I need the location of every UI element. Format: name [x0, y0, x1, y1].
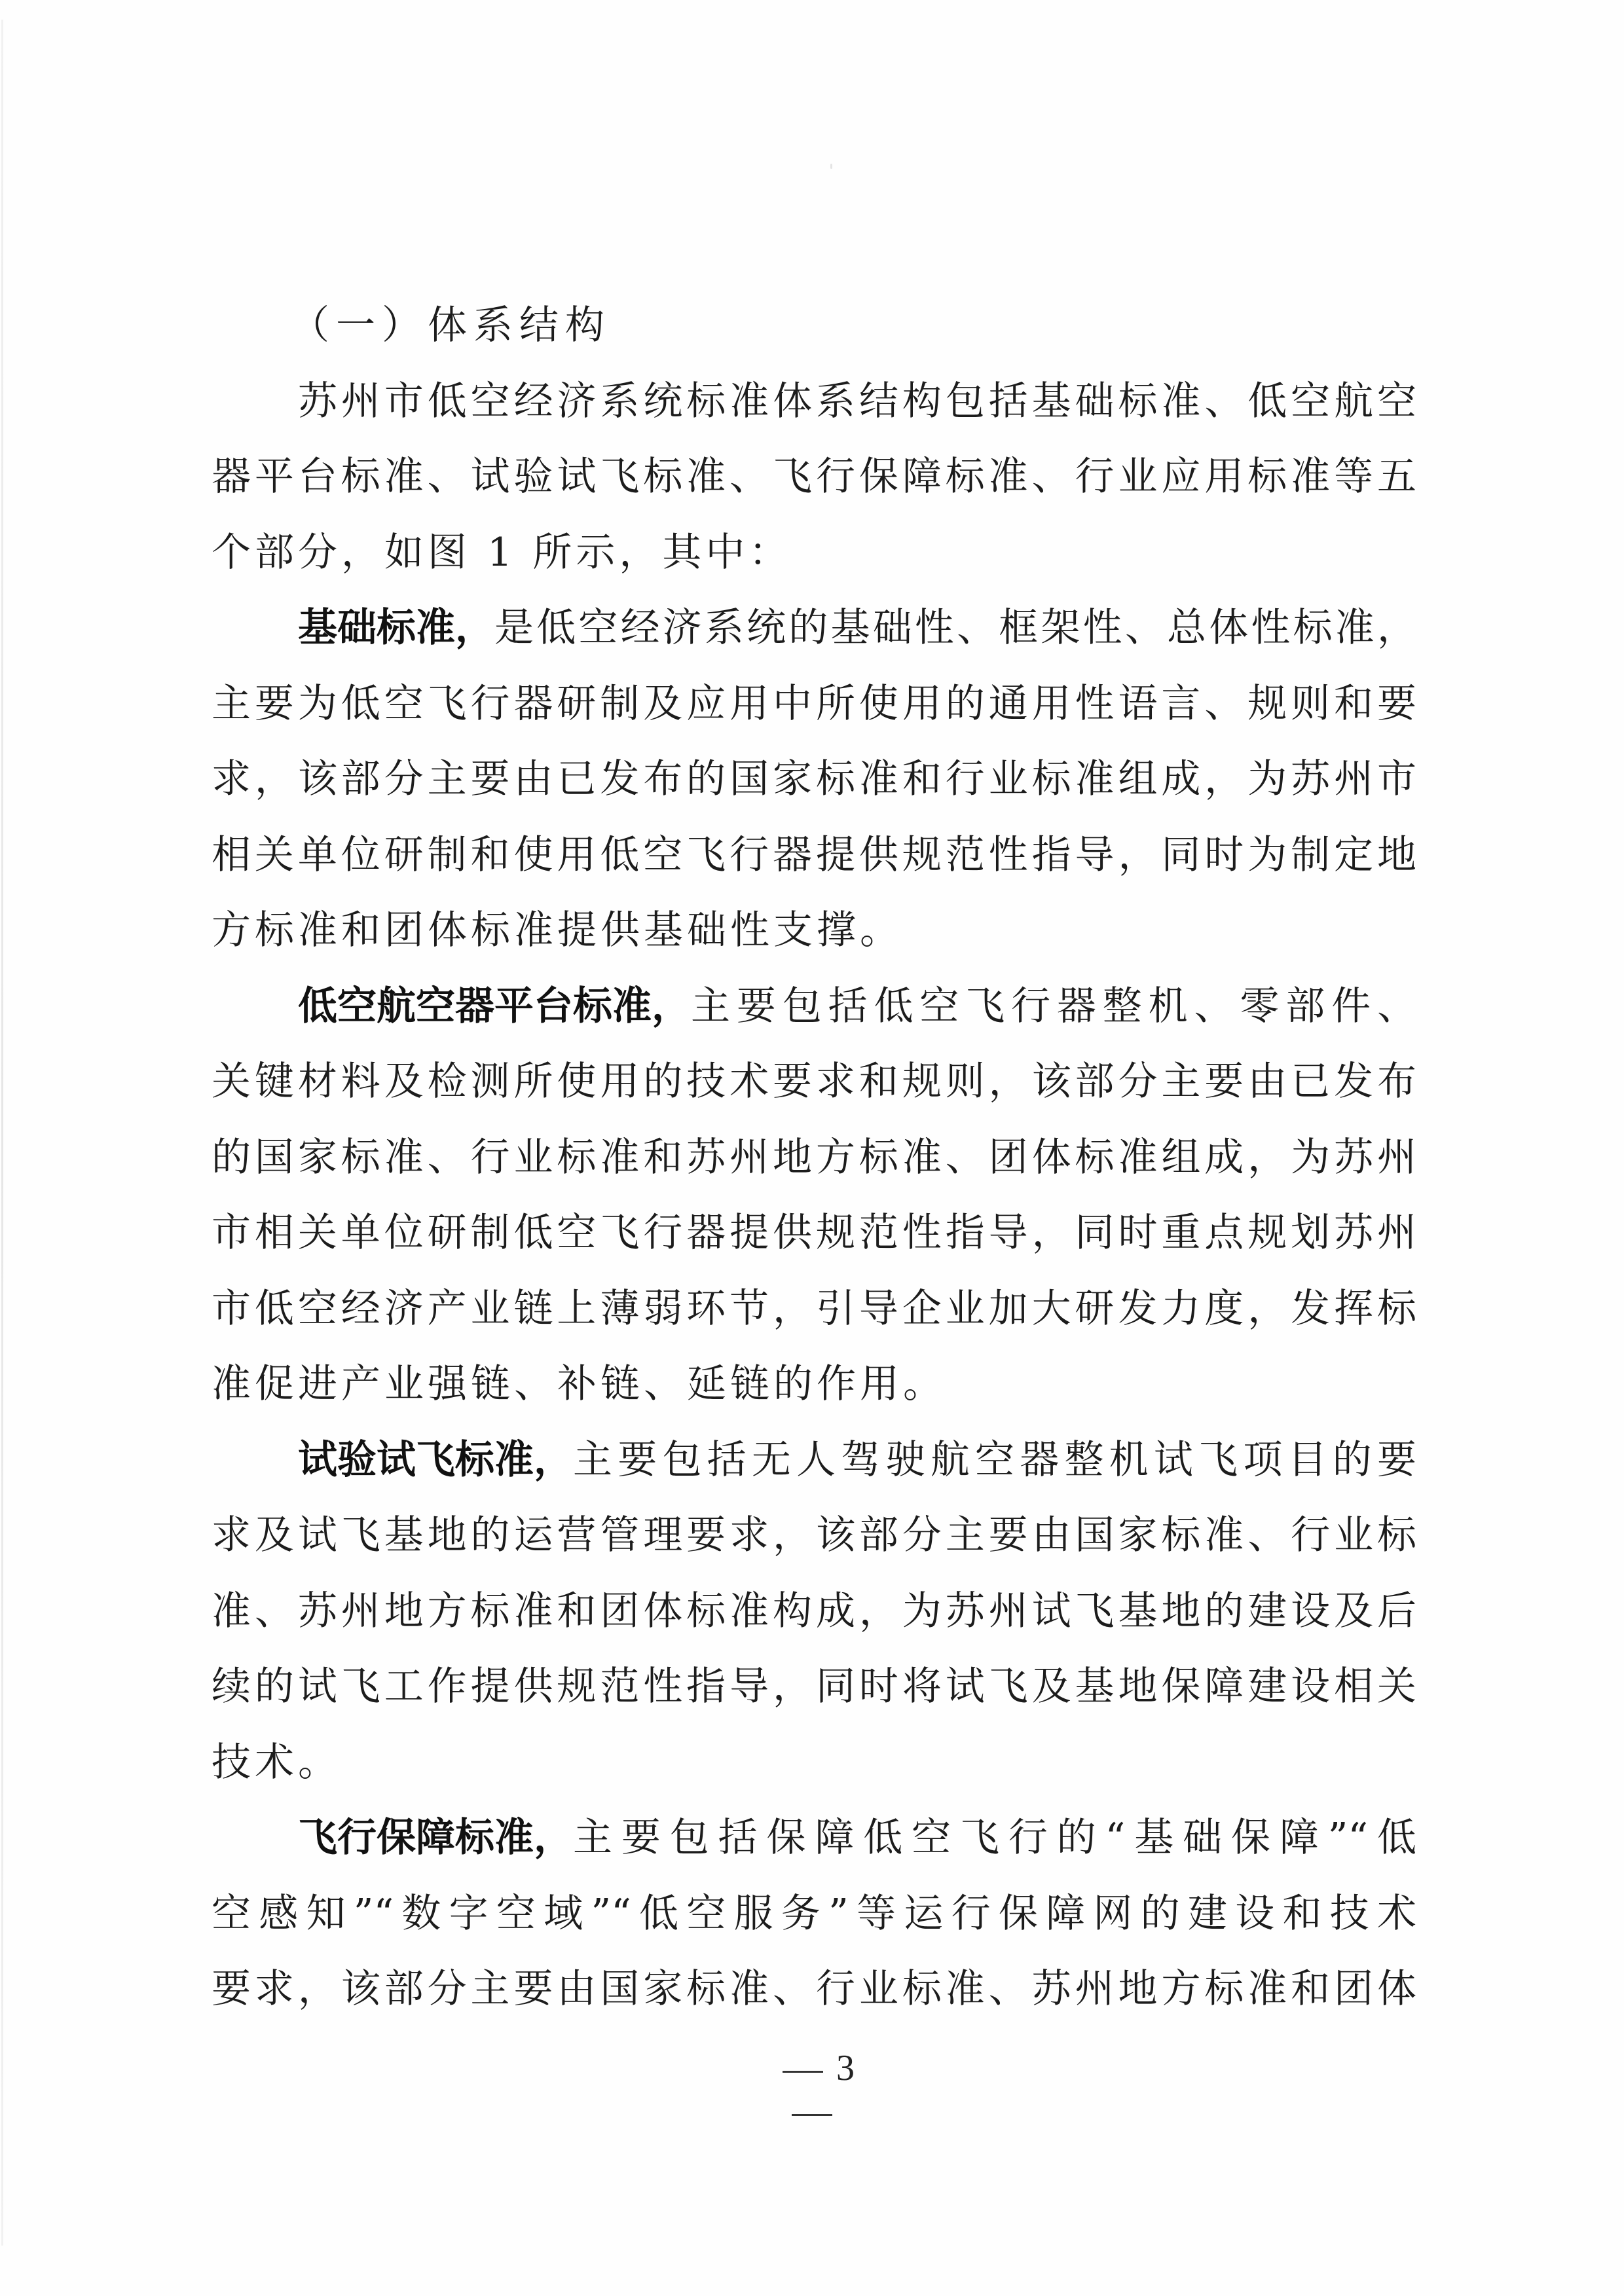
term-basic-standards: 基础标准，	[298, 591, 494, 666]
page-number-left-dash	[783, 2071, 823, 2073]
paragraph-5-line-3: 要求，该部分主要由国家标准、行业标准、苏州地方标准和团体	[212, 1952, 1416, 2028]
page-number: 3	[836, 2048, 855, 2088]
paragraph-1-line-1: 苏州市低空经济系统标准体系结构包括基础标准、低空航空	[298, 364, 1416, 440]
page-number-right-dash	[792, 2114, 832, 2116]
paragraph-3-line-3: 的国家标准、行业标准和苏州地方标准、团体标准组成，为苏州	[212, 1120, 1416, 1196]
paragraph-5-line-2: 空感知”“数字空域”“低空服务”等运行保障网的建设和技术	[212, 1876, 1416, 1952]
paragraph-1-line-2: 器平台标准、试验试飞标准、飞行保障标准、行业应用标准等五	[212, 439, 1416, 515]
paragraph-5-line-1: 飞行保障标准，主要包括保障低空飞行的“基础保障”“低	[298, 1800, 1416, 1876]
term-flight-test-standards: 试验试飞标准，	[298, 1423, 573, 1499]
paragraph-4-line-2: 求及试飞基地的运营管理要求，该部分主要由国家标准、行业标	[212, 1498, 1416, 1574]
paragraph-4-line-3: 准、苏州地方标准和团体标准构成，为苏州试飞基地的建设及后	[212, 1574, 1416, 1650]
paragraph-2-line-3: 求，该部分主要由已发布的国家标准和行业标准组成，为苏州市	[212, 742, 1416, 818]
term-aircraft-platform-standards: 低空航空器平台标准，	[298, 969, 691, 1045]
paragraph-4-line-4: 续的试飞工作提供规范性指导，同时将试飞及基地保障建设相关	[212, 1649, 1416, 1725]
paragraph-3-line-2: 关键材料及检测所使用的技术要求和规则，该部分主要由已发布	[212, 1044, 1416, 1120]
scan-edge-shadow	[1, 20, 3, 2246]
paragraph-5-line-1-text: 主要包括保障低空飞行的“基础保障”“低	[573, 1800, 1416, 1876]
paragraph-4-line-1: 试验试飞标准，主要包括无人驾驶航空器整机试飞项目的要	[298, 1423, 1416, 1499]
paragraph-4-line-1-text: 主要包括无人驾驶航空器整机试飞项目的要	[573, 1423, 1416, 1499]
paragraph-3-line-5: 市低空经济产业链上薄弱环节，引导企业加大研发力度，发挥标	[212, 1271, 1416, 1347]
paragraph-2-line-1: 基础标准，是低空经济系统的基础性、框架性、总体性标准，	[298, 591, 1416, 666]
paragraph-3-line-6: 准促进产业强链、补链、延链的作用。	[212, 1347, 1416, 1423]
paragraph-2-line-5: 方标准和团体标准提供基础性支撑。	[212, 893, 1416, 969]
term-flight-support-standards: 飞行保障标准，	[298, 1800, 573, 1876]
scan-speck	[830, 164, 832, 169]
paragraph-1-line-3: 个部分，如图 1 所示，其中：	[212, 515, 1416, 591]
page-number-footer: 3	[745, 2047, 879, 2133]
paragraph-2-line-1-text: 是低空经济系统的基础性、框架性、总体性标准，	[494, 591, 1416, 666]
paragraph-4-line-5: 技术。	[212, 1725, 1416, 1801]
paragraph-2-line-4: 相关单位研制和使用低空飞行器提供规范性指导，同时为制定地	[212, 818, 1416, 894]
paragraph-2-line-2: 主要为低空飞行器研制及应用中所使用的通用性语言、规则和要	[212, 666, 1416, 742]
section-heading: （一）体系结构	[290, 288, 611, 364]
document-page: （一）体系结构 苏州市低空经济系统标准体系结构包括基础标准、低空航空 器平台标准…	[0, 0, 1624, 2296]
paragraph-3-line-1: 低空航空器平台标准，主要包括低空飞行器整机、零部件、	[298, 969, 1416, 1045]
paragraph-3-line-1-text: 主要包括低空飞行器整机、零部件、	[691, 969, 1416, 1045]
paragraph-3-line-4: 市相关单位研制低空飞行器提供规范性指导，同时重点规划苏州	[212, 1195, 1416, 1271]
